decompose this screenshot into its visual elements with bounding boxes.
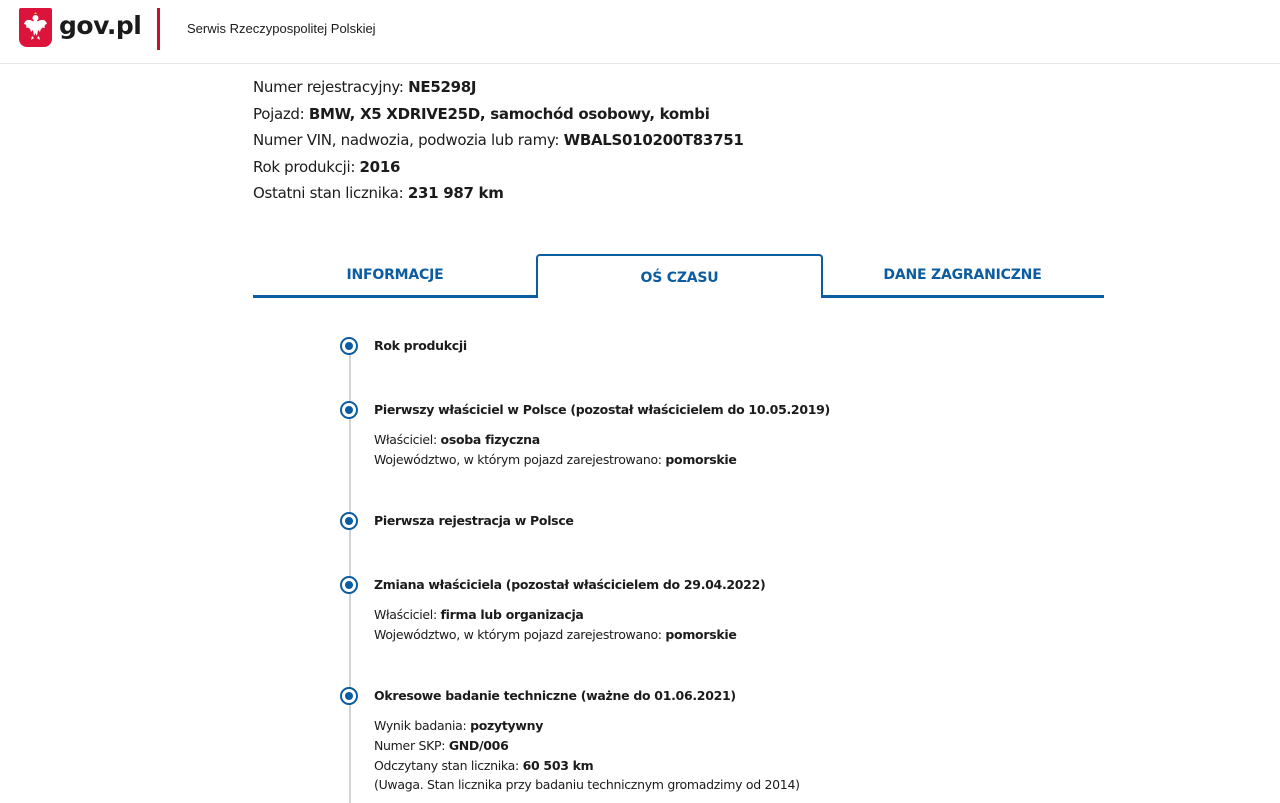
gov-pl-logo[interactable]: gov.pl xyxy=(59,11,141,40)
timeline-detail: Wynik badania: pozytywny xyxy=(374,716,800,736)
last-odometer: Ostatni stan licznika: 231 987 km xyxy=(253,180,743,207)
detail-label: Wynik badania: xyxy=(374,718,470,733)
vehicle-model: Pojazd: BMW, X5 XDRIVE25D, samochód osob… xyxy=(253,101,743,128)
detail-label: (Uwaga. Stan licznika przy badaniu techn… xyxy=(374,777,800,792)
vin-number: Numer VIN, nadwozia, podwozia lub ramy: … xyxy=(253,127,743,154)
field-label: Ostatni stan licznika: xyxy=(253,184,408,202)
production-year: Rok produkcji: 2016 xyxy=(253,154,743,181)
timeline-detail: Województwo, w którym pojazd zarejestrow… xyxy=(374,625,737,645)
site-header: gov.pl Serwis Rzeczypospolitej Polskiej xyxy=(0,0,1280,64)
tab-dane-zagraniczne[interactable]: DANE ZAGRANICZNE xyxy=(821,254,1104,296)
timeline-dot-icon xyxy=(340,576,358,594)
detail-label: Właściciel: xyxy=(374,607,441,622)
timeline-detail: Województwo, w którym pojazd zarejestrow… xyxy=(374,450,737,470)
detail-value: osoba fizyczna xyxy=(441,432,540,447)
vehicle-summary: Numer rejestracyjny: NE5298J Pojazd: BMW… xyxy=(253,74,743,207)
detail-label: Numer SKP: xyxy=(374,738,449,753)
detail-value: pozytywny xyxy=(470,718,543,733)
timeline-dot-icon xyxy=(340,512,358,530)
timeline-detail: Właściciel: osoba fizyczna xyxy=(374,430,737,450)
timeline-title: Pierwszy właściciel w Polsce (pozostał w… xyxy=(374,402,830,417)
tab-bar: INFORMACJE OŚ CZASU DANE ZAGRANICZNE xyxy=(253,254,1104,298)
detail-label: Właściciel: xyxy=(374,432,441,447)
header-divider xyxy=(157,8,160,50)
field-label: Pojazd: xyxy=(253,105,309,123)
field-value: 2016 xyxy=(360,158,401,176)
field-value: BMW, X5 XDRIVE25D, samochód osobowy, kom… xyxy=(309,105,710,123)
registration-number: Numer rejestracyjny: NE5298J xyxy=(253,74,743,101)
detail-value: 60 503 km xyxy=(523,758,594,773)
detail-label: Województwo, w którym pojazd zarejestrow… xyxy=(374,452,665,467)
tab-os-czasu[interactable]: OŚ CZASU xyxy=(536,254,823,298)
timeline-dot-icon xyxy=(340,401,358,419)
timeline-note: (Uwaga. Stan licznika przy badaniu techn… xyxy=(374,775,800,795)
detail-value: pomorskie xyxy=(665,452,736,467)
tab-informacje[interactable]: INFORMACJE xyxy=(253,254,537,296)
timeline-details: Właściciel: osoba fizyczna Województwo, … xyxy=(374,430,737,470)
timeline-detail: Numer SKP: GND/006 xyxy=(374,736,800,756)
detail-value: GND/006 xyxy=(449,738,509,753)
field-label: Rok produkcji: xyxy=(253,158,360,176)
timeline-title: Pierwsza rejestracja w Polsce xyxy=(374,513,574,528)
field-value: WBALS010200T83751 xyxy=(564,131,744,149)
timeline-details: Wynik badania: pozytywny Numer SKP: GND/… xyxy=(374,716,800,795)
timeline-dot-icon xyxy=(340,687,358,705)
field-label: Numer VIN, nadwozia, podwozia lub ramy: xyxy=(253,131,564,149)
timeline-detail: Właściciel: firma lub organizacja xyxy=(374,605,737,625)
field-value: NE5298J xyxy=(408,78,476,96)
field-label: Numer rejestracyjny: xyxy=(253,78,408,96)
timeline-title: Okresowe badanie techniczne (ważne do 01… xyxy=(374,688,736,703)
detail-label: Odczytany stan licznika: xyxy=(374,758,523,773)
polish-eagle-emblem-icon[interactable] xyxy=(19,8,52,47)
timeline-title: Rok produkcji xyxy=(374,338,467,353)
timeline-title: Zmiana właściciela (pozostał właściciele… xyxy=(374,577,765,592)
timeline-detail: Odczytany stan licznika: 60 503 km xyxy=(374,756,800,776)
timeline-dot-icon xyxy=(340,337,358,355)
field-value: 231 987 km xyxy=(408,184,504,202)
service-name: Serwis Rzeczypospolitej Polskiej xyxy=(187,21,376,36)
detail-value: firma lub organizacja xyxy=(441,607,584,622)
detail-value: pomorskie xyxy=(665,627,736,642)
detail-label: Województwo, w którym pojazd zarejestrow… xyxy=(374,627,665,642)
timeline-details: Właściciel: firma lub organizacja Wojewó… xyxy=(374,605,737,645)
